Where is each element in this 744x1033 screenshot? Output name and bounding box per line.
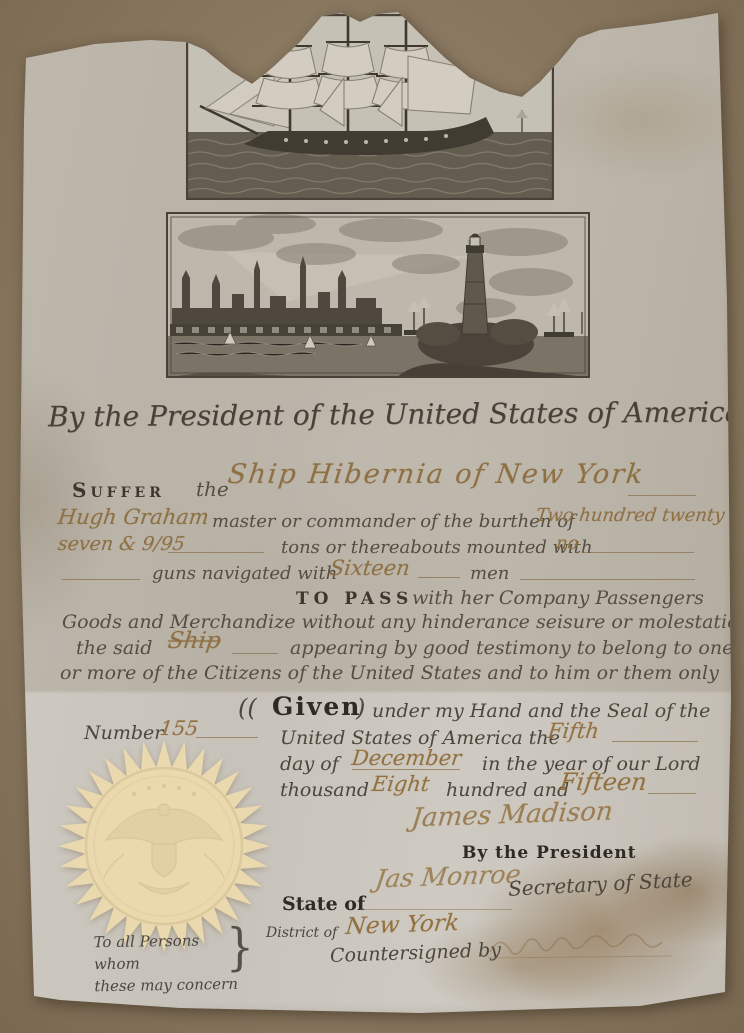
given-line4-mid: hundred and xyxy=(446,779,569,801)
blank-rule xyxy=(360,908,512,910)
day-manuscript: Fifth xyxy=(547,719,601,743)
president-signature: James Madison xyxy=(410,797,614,834)
suffer-the: the xyxy=(196,477,229,501)
blank-rule xyxy=(418,576,460,578)
ship-engraving xyxy=(186,14,554,200)
blank-rule xyxy=(520,578,695,580)
blank-rule xyxy=(628,494,696,496)
given-line1: under my Hand and the Seal of the xyxy=(372,700,710,722)
blank-rule xyxy=(612,740,698,742)
men-text: men xyxy=(470,563,509,584)
secretary-signature: Jas Monroe xyxy=(374,859,523,893)
blank-rule xyxy=(168,551,264,553)
tons-text: tons or thereabouts mounted with xyxy=(281,537,593,558)
master-name-manuscript: Hugh Graham xyxy=(57,505,211,529)
tonnage-manuscript-1: Two hundred twenty xyxy=(535,505,726,526)
parchment-sheet: By the President of the United States of… xyxy=(0,0,744,1033)
concern-line1: To all Persons whom xyxy=(93,929,244,976)
vessel-name-manuscript: Ship Hibernia of New York xyxy=(226,459,646,490)
men-count-manuscript: Sixteen xyxy=(329,556,412,580)
harbor-engraving xyxy=(166,212,590,378)
given-ornament-open: (( xyxy=(238,694,257,722)
district-manuscript: New York xyxy=(344,910,460,940)
concern-note: To all Persons whom these may concern xyxy=(93,929,244,998)
said-text: the said xyxy=(76,637,152,659)
guns-manuscript: no xyxy=(555,533,580,554)
given-line3-pre: day of xyxy=(280,753,339,775)
ship-illustration xyxy=(186,14,554,200)
harbor-illustration xyxy=(166,212,590,378)
said-vessel-manuscript: Ship xyxy=(166,628,222,654)
state-of-label: State of xyxy=(282,893,365,915)
goods-text: Goods and Merchandize without any hinder… xyxy=(62,611,744,633)
blank-rule xyxy=(582,551,694,553)
guns-text: guns navigated with xyxy=(152,563,337,584)
to-pass-label: TO PASS xyxy=(296,589,413,609)
countersignature-illegible xyxy=(486,930,676,964)
to-pass-text: with her Company Passengers xyxy=(412,587,704,609)
citizens-text: or more of the Citizens of the United St… xyxy=(60,662,719,684)
secretary-title: Secretary of State xyxy=(507,867,693,901)
concern-brace: } xyxy=(226,918,254,977)
parchment-wrap: By the President of the United States of… xyxy=(0,0,744,1033)
tonnage-manuscript-2: seven & 9/95 xyxy=(57,533,187,555)
blank-rule xyxy=(648,792,696,794)
blank-rule xyxy=(352,768,460,770)
appearing-text: appearing by good testimony to belong to… xyxy=(290,637,733,659)
given-line4-pre: thousand xyxy=(280,779,369,801)
framed-document-photo: By the President of the United States of… xyxy=(0,0,744,1033)
document-title: By the President of the United States of… xyxy=(48,396,700,434)
ship-flag xyxy=(240,42,276,65)
suffer-label: Suffer xyxy=(72,478,165,502)
blank-rule xyxy=(62,578,140,580)
year-manuscript-2: Fifteen xyxy=(558,768,648,796)
given-label: Given xyxy=(272,692,361,721)
concern-line2: these may concern xyxy=(94,973,244,998)
year-manuscript-1: Eight xyxy=(371,772,431,796)
blank-rule xyxy=(232,652,278,654)
month-manuscript: December xyxy=(351,746,463,770)
master-text: master or commander of the burthen of xyxy=(212,511,575,532)
district-of-label: District of xyxy=(266,925,337,941)
countersigned-label: Countersigned by xyxy=(330,939,502,967)
given-ornament-close: ) xyxy=(356,694,365,722)
